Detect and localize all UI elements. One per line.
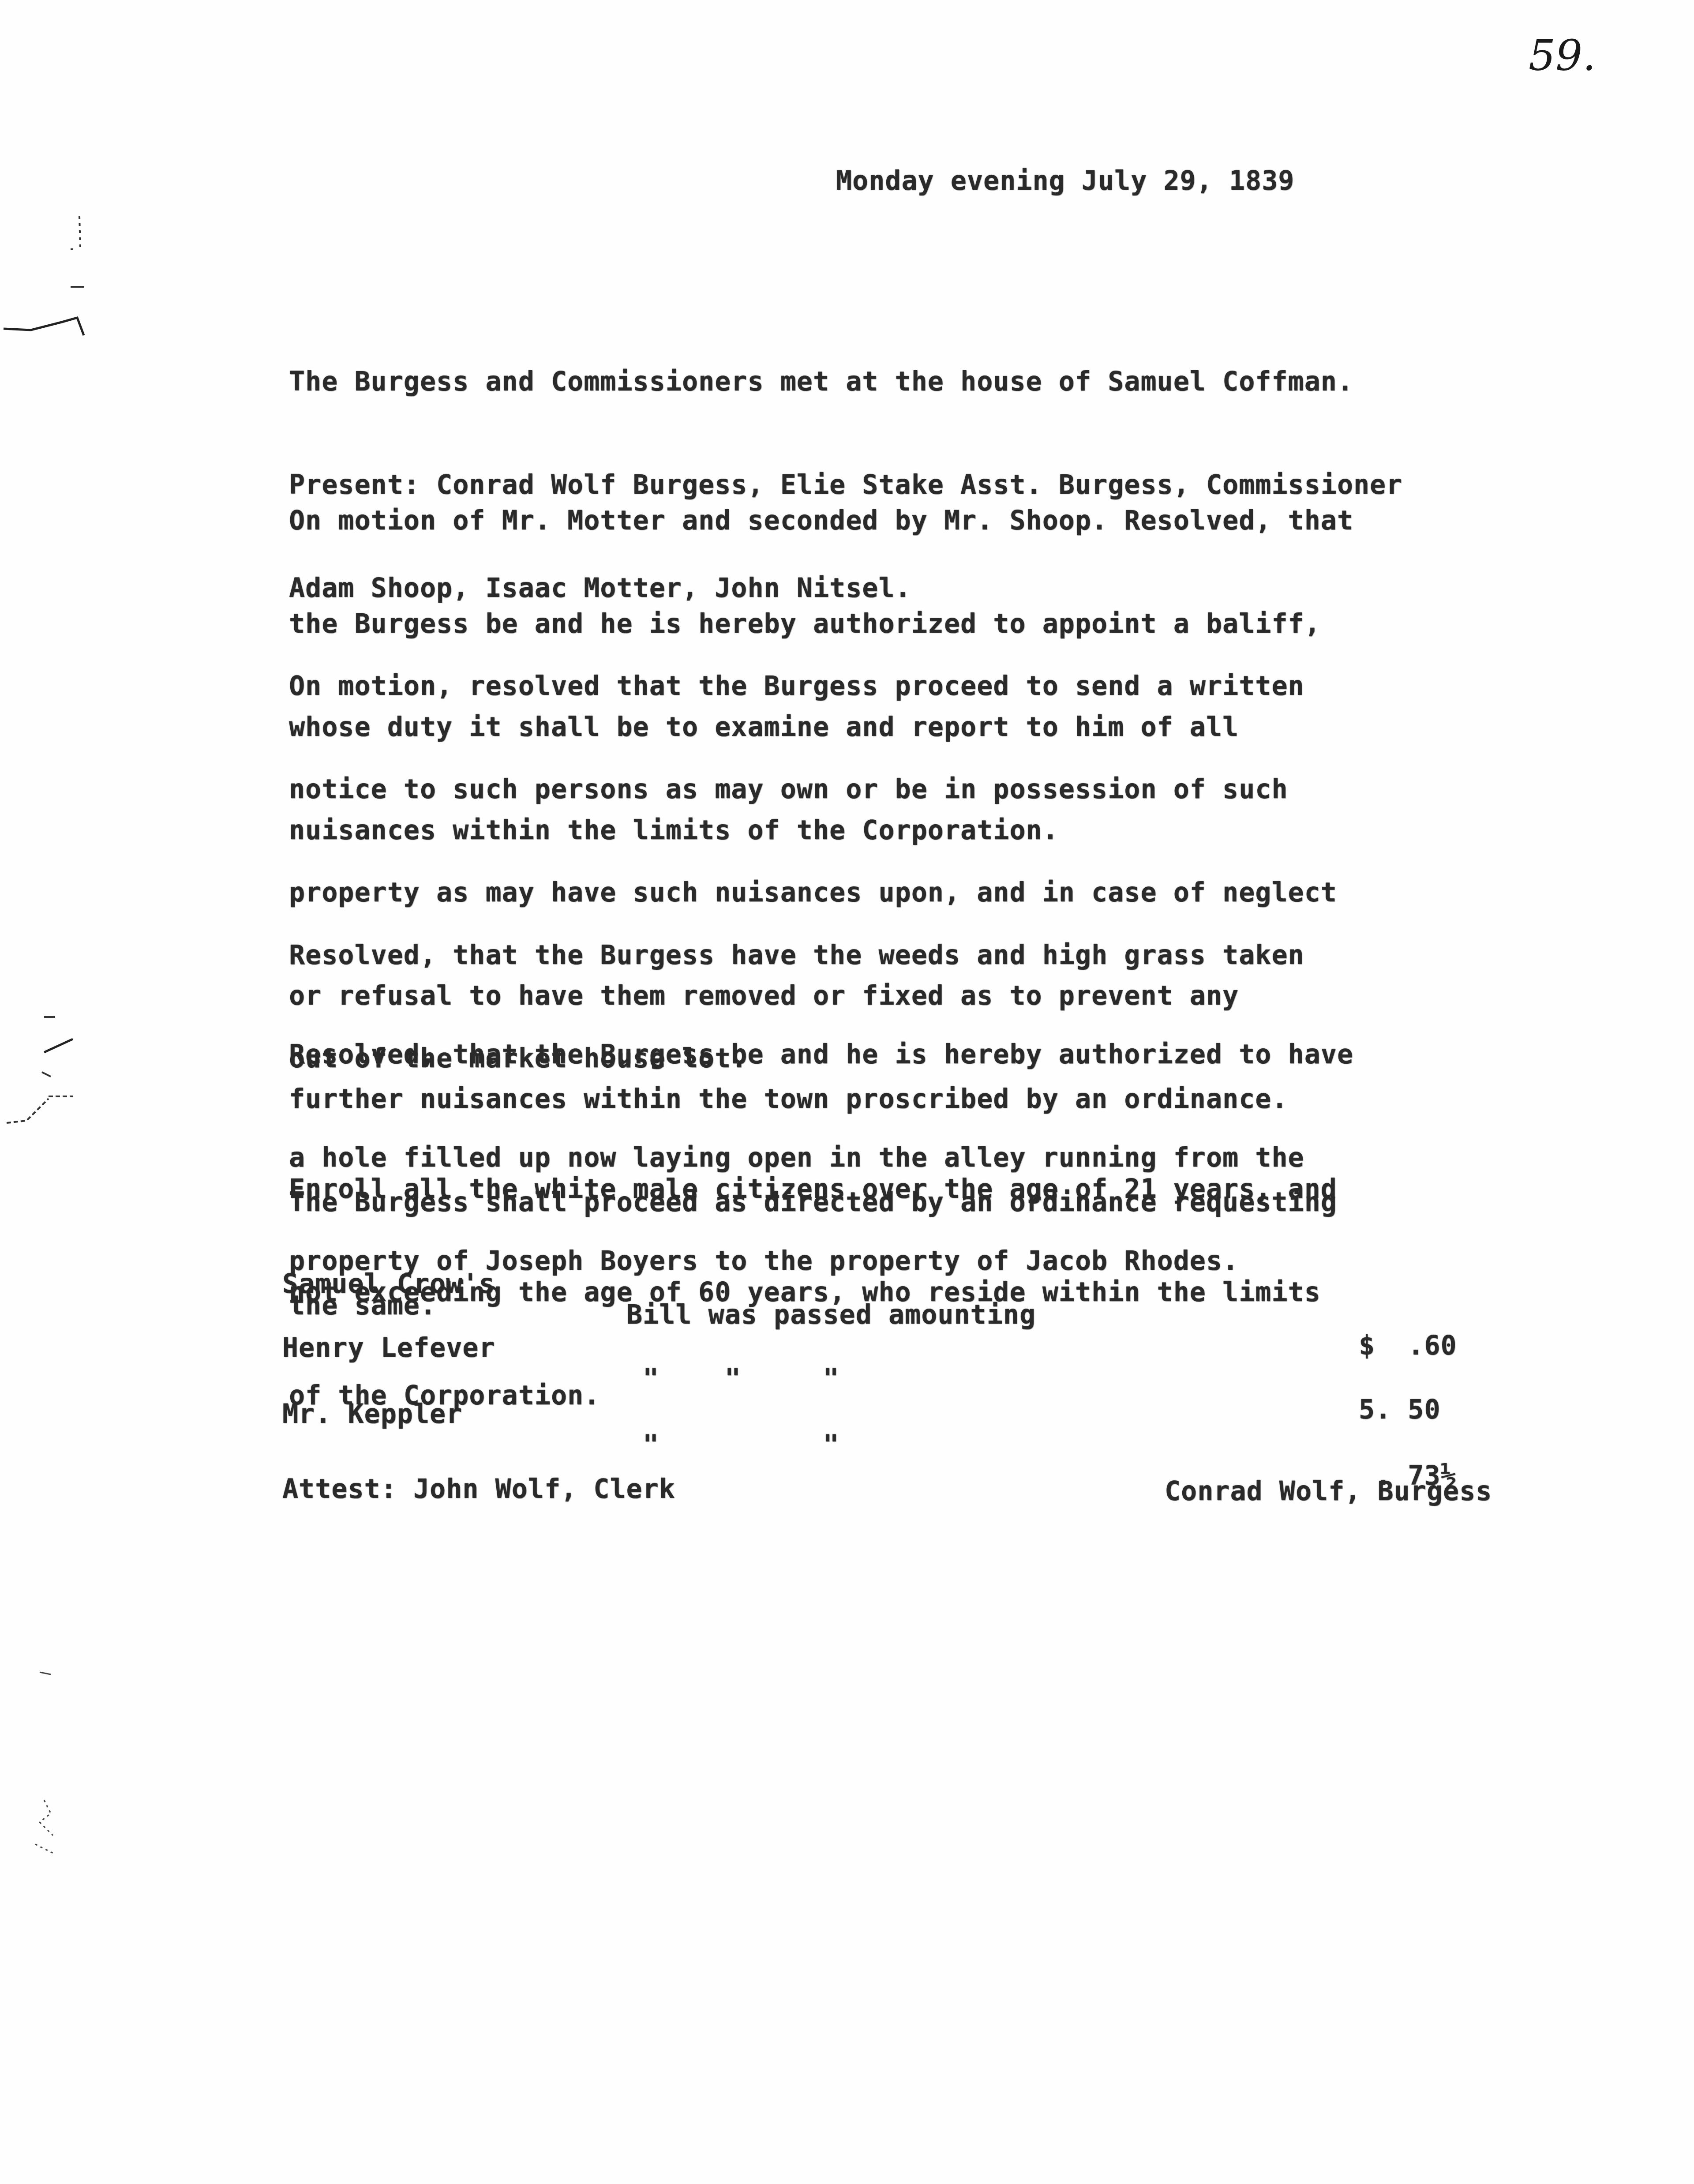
bill-payee: Samuel Crow's (282, 1268, 495, 1299)
margin-mark-artifact (0, 190, 115, 349)
text-line: Resolved, that the Burgess have the weed… (289, 938, 1304, 972)
bill-payee: Henry Lefever (282, 1332, 495, 1363)
meeting-date-heading: Monday evening July 29, 1839 (836, 165, 1294, 196)
text-line: Enroll all the white male citizens over … (289, 1172, 1337, 1206)
bill-description: " " (626, 1430, 840, 1460)
attest-clerk: Attest: John Wolf, Clerk (282, 1474, 675, 1505)
margin-mark-artifact (0, 1006, 115, 1152)
text-line: On motion of Mr. Motter and seconded by … (289, 503, 1353, 538)
burgess-signature: Conrad Wolf, Burgess (1165, 1476, 1492, 1507)
bill-row: Mr. Keppler " " . 73½ (282, 1368, 1473, 1403)
page-number: 59. (1529, 31, 1596, 80)
text-line: On motion, resolved that the Burgess pro… (289, 669, 1337, 703)
scanned-document-page: 59. Monday evening July 29, 1839 The Bur… (0, 0, 1694, 2184)
text-line: notice to such persons as may own or be … (289, 772, 1337, 807)
bill-row: Samuel Crow's Bill was passed amounting … (282, 1238, 1473, 1273)
margin-mark-artifact (9, 1668, 97, 1924)
bill-row: Henry Lefever " " " 5. 50 (282, 1302, 1473, 1337)
text-line: Resolved, that the Burgess be and he is … (289, 1037, 1353, 1072)
text-line: The Burgess and Commissioners met at the… (289, 364, 1402, 399)
bill-payee: Mr. Keppler (282, 1399, 462, 1430)
